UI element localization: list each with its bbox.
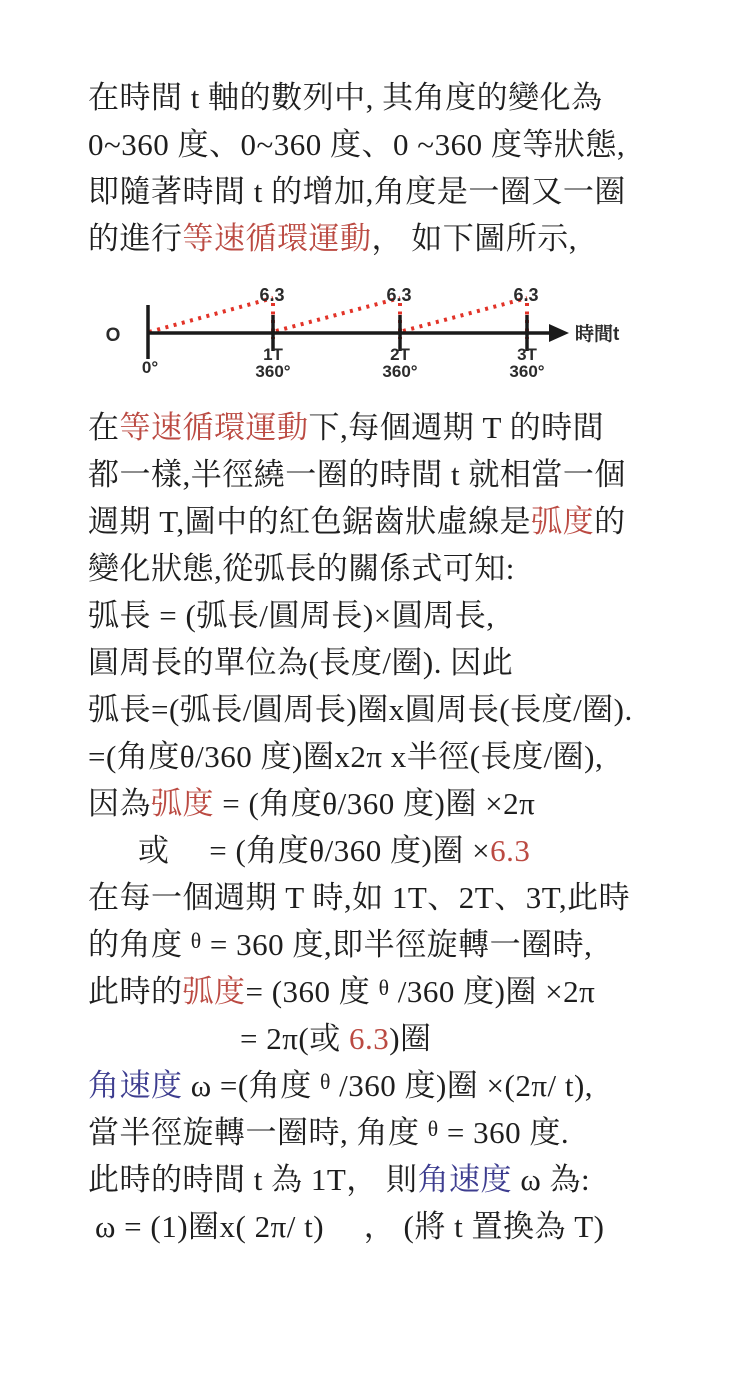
time-axis-diagram: O 0° 6.3 6.3 6.3 1T 360° 2T 360° 3T 360°… <box>95 283 665 383</box>
paragraph-bottom: 在等速循環運動下,每個週期 T 的時間都一樣,半徑繞一圈的時間 t 就相當一個週… <box>88 404 633 1250</box>
sawtooth-rise-2 <box>276 298 400 331</box>
text-line: 在時間 t 軸的數列中, 其角度的變化為 <box>88 74 626 121</box>
text-segment: = 360 度. <box>439 1115 569 1150</box>
text-segment: 弧長=(弧長/圓周長)圈x圓周長(長度/圈). <box>88 692 633 727</box>
text-line: 都一樣,半徑繞一圈的時間 t 就相當一個 <box>88 451 633 498</box>
text-segment: ω = (1)圈x( 2π/ t) ， (將 t 置換為 T) <box>95 1209 605 1244</box>
text-line: 當半徑旋轉一圈時, 角度 θ = 360 度. <box>88 1109 633 1156</box>
text-segment: /360 度)圈 ×2π <box>389 974 595 1009</box>
text-segment: 都一樣,半徑繞一圈的時間 t 就相當一個 <box>88 457 626 492</box>
peak-value-1: 6.3 <box>259 285 284 305</box>
text-segment: 的進行 <box>88 221 183 256</box>
text-segment: 的 <box>594 504 626 539</box>
tick-degrees-2T: 360° <box>382 362 417 381</box>
text-segment: θ <box>428 1117 439 1141</box>
tick-degrees-3T: 360° <box>509 362 544 381</box>
text-line: 變化狀態,從弧長的關係式可知: <box>88 545 633 592</box>
text-line: =(角度θ/360 度)圈x2π x半徑(長度/圈), <box>88 733 633 780</box>
text-line: 角速度 ω =(角度 θ /360 度)圈 ×(2π/ t), <box>88 1062 633 1109</box>
text-line: 此時的時間 t 為 1T， 則角速度 ω 為: <box>88 1156 633 1203</box>
tick-degrees-1T: 360° <box>255 362 290 381</box>
text-segment: 等速循環運動 <box>120 410 309 445</box>
text-segment: = 2π(或 <box>240 1021 349 1056</box>
text-line: 週期 T,圖中的紅色鋸齒狀虛線是弧度的 <box>88 498 633 545</box>
text-segment: 角速度 <box>418 1162 513 1197</box>
text-segment: 弧度 <box>531 504 594 539</box>
text-segment: 下,每個週期 T 的時間 <box>309 410 605 445</box>
text-segment: 此時的 <box>88 974 183 1009</box>
text-line: 即隨著時間 t 的增加,角度是一圈又一圈 <box>88 168 626 215</box>
text-segment: 弧度 <box>183 974 246 1009</box>
sawtooth-rise-3 <box>403 298 527 331</box>
text-line: 此時的弧度= (360 度 θ /360 度)圈 ×2π <box>88 968 633 1015</box>
text-segment: 0~360 度、0~360 度、0 ~360 度等狀態, <box>88 127 625 162</box>
text-segment: θ <box>191 929 202 953</box>
text-segment: 等速循環運動 <box>183 221 372 256</box>
origin-label: O <box>106 325 121 346</box>
text-segment: = 360 度,即半徑旋轉一圈時, <box>202 927 593 962</box>
peak-value-2: 6.3 <box>386 285 411 305</box>
text-segment: 當半徑旋轉一圈時, 角度 <box>88 1115 428 1150</box>
text-segment: 6.3 <box>490 833 530 868</box>
text-segment: = (角度θ/360 度)圈 ×2π <box>214 786 535 821</box>
peak-value-3: 6.3 <box>513 285 538 305</box>
text-segment: 在時間 t 軸的數列中, 其角度的變化為 <box>88 80 603 115</box>
text-line: 因為弧度 = (角度θ/360 度)圈 ×2π <box>88 780 633 827</box>
text-segment: ω 為: <box>512 1162 590 1197</box>
text-line: 的進行等速循環運動， 如下圖所示, <box>88 215 626 262</box>
text-segment: 6.3 <box>349 1021 389 1056</box>
document-page: 在時間 t 軸的數列中, 其角度的變化為0~360 度、0~360 度、0 ~3… <box>0 0 746 1393</box>
paragraph-top: 在時間 t 軸的數列中, 其角度的變化為0~360 度、0~360 度、0 ~3… <box>88 74 626 262</box>
sawtooth-rise-1 <box>149 298 273 332</box>
text-line: 弧長=(弧長/圓周長)圈x圓周長(長度/圈). <box>88 686 633 733</box>
origin-degree-label: 0° <box>142 358 158 377</box>
text-segment: /360 度)圈 ×(2π/ t), <box>331 1068 593 1103</box>
text-line: 或 = (角度θ/360 度)圈 ×6.3 <box>88 827 633 874</box>
text-line: 弧長 = (弧長/圓周長)×圓周長, <box>88 592 633 639</box>
text-line: 0~360 度、0~360 度、0 ~360 度等狀態, <box>88 121 626 168</box>
axis-arrowhead-icon <box>549 324 569 342</box>
text-segment: θ <box>320 1070 331 1094</box>
text-line: ω = (1)圈x( 2π/ t) ， (將 t 置換為 T) <box>88 1203 633 1250</box>
text-segment: )圈 <box>389 1021 431 1056</box>
axis-title: 時間t <box>575 322 620 345</box>
text-segment: 此時的時間 t 為 1T， 則 <box>88 1162 418 1197</box>
text-segment: 即隨著時間 t 的增加,角度是一圈又一圈 <box>88 174 626 209</box>
text-line: 的角度 θ = 360 度,即半徑旋轉一圈時, <box>88 921 633 968</box>
text-segment: 角速度 <box>88 1068 183 1103</box>
text-segment: 在 <box>88 410 120 445</box>
text-segment: ω =(角度 <box>183 1068 320 1103</box>
text-segment: 或 = (角度θ/360 度)圈 × <box>138 833 490 868</box>
text-segment: 變化狀態,從弧長的關係式可知: <box>88 551 515 586</box>
text-line: 在等速循環運動下,每個週期 T 的時間 <box>88 404 633 451</box>
text-segment: 週期 T,圖中的紅色鋸齒狀虛線是 <box>88 504 531 539</box>
text-segment: 的角度 <box>88 927 191 962</box>
text-segment: 弧長 = (弧長/圓周長)×圓周長, <box>88 598 494 633</box>
text-segment: =(角度θ/360 度)圈x2π x半徑(長度/圈), <box>88 739 603 774</box>
text-line: 圓周長的單位為(長度/圈). 因此 <box>88 639 633 686</box>
text-segment: ， 如下圖所示, <box>372 221 578 256</box>
text-segment: θ <box>379 976 390 1000</box>
text-segment: 在每一個週期 T 時,如 1T、2T、3T,此時 <box>88 880 630 915</box>
text-line: = 2π(或 6.3)圈 <box>88 1015 633 1062</box>
text-segment: 弧度 <box>151 786 214 821</box>
text-segment: = (360 度 <box>246 974 379 1009</box>
text-segment: 圓周長的單位為(長度/圈). 因此 <box>88 645 513 680</box>
text-line: 在每一個週期 T 時,如 1T、2T、3T,此時 <box>88 874 633 921</box>
text-segment: 因為 <box>88 786 151 821</box>
